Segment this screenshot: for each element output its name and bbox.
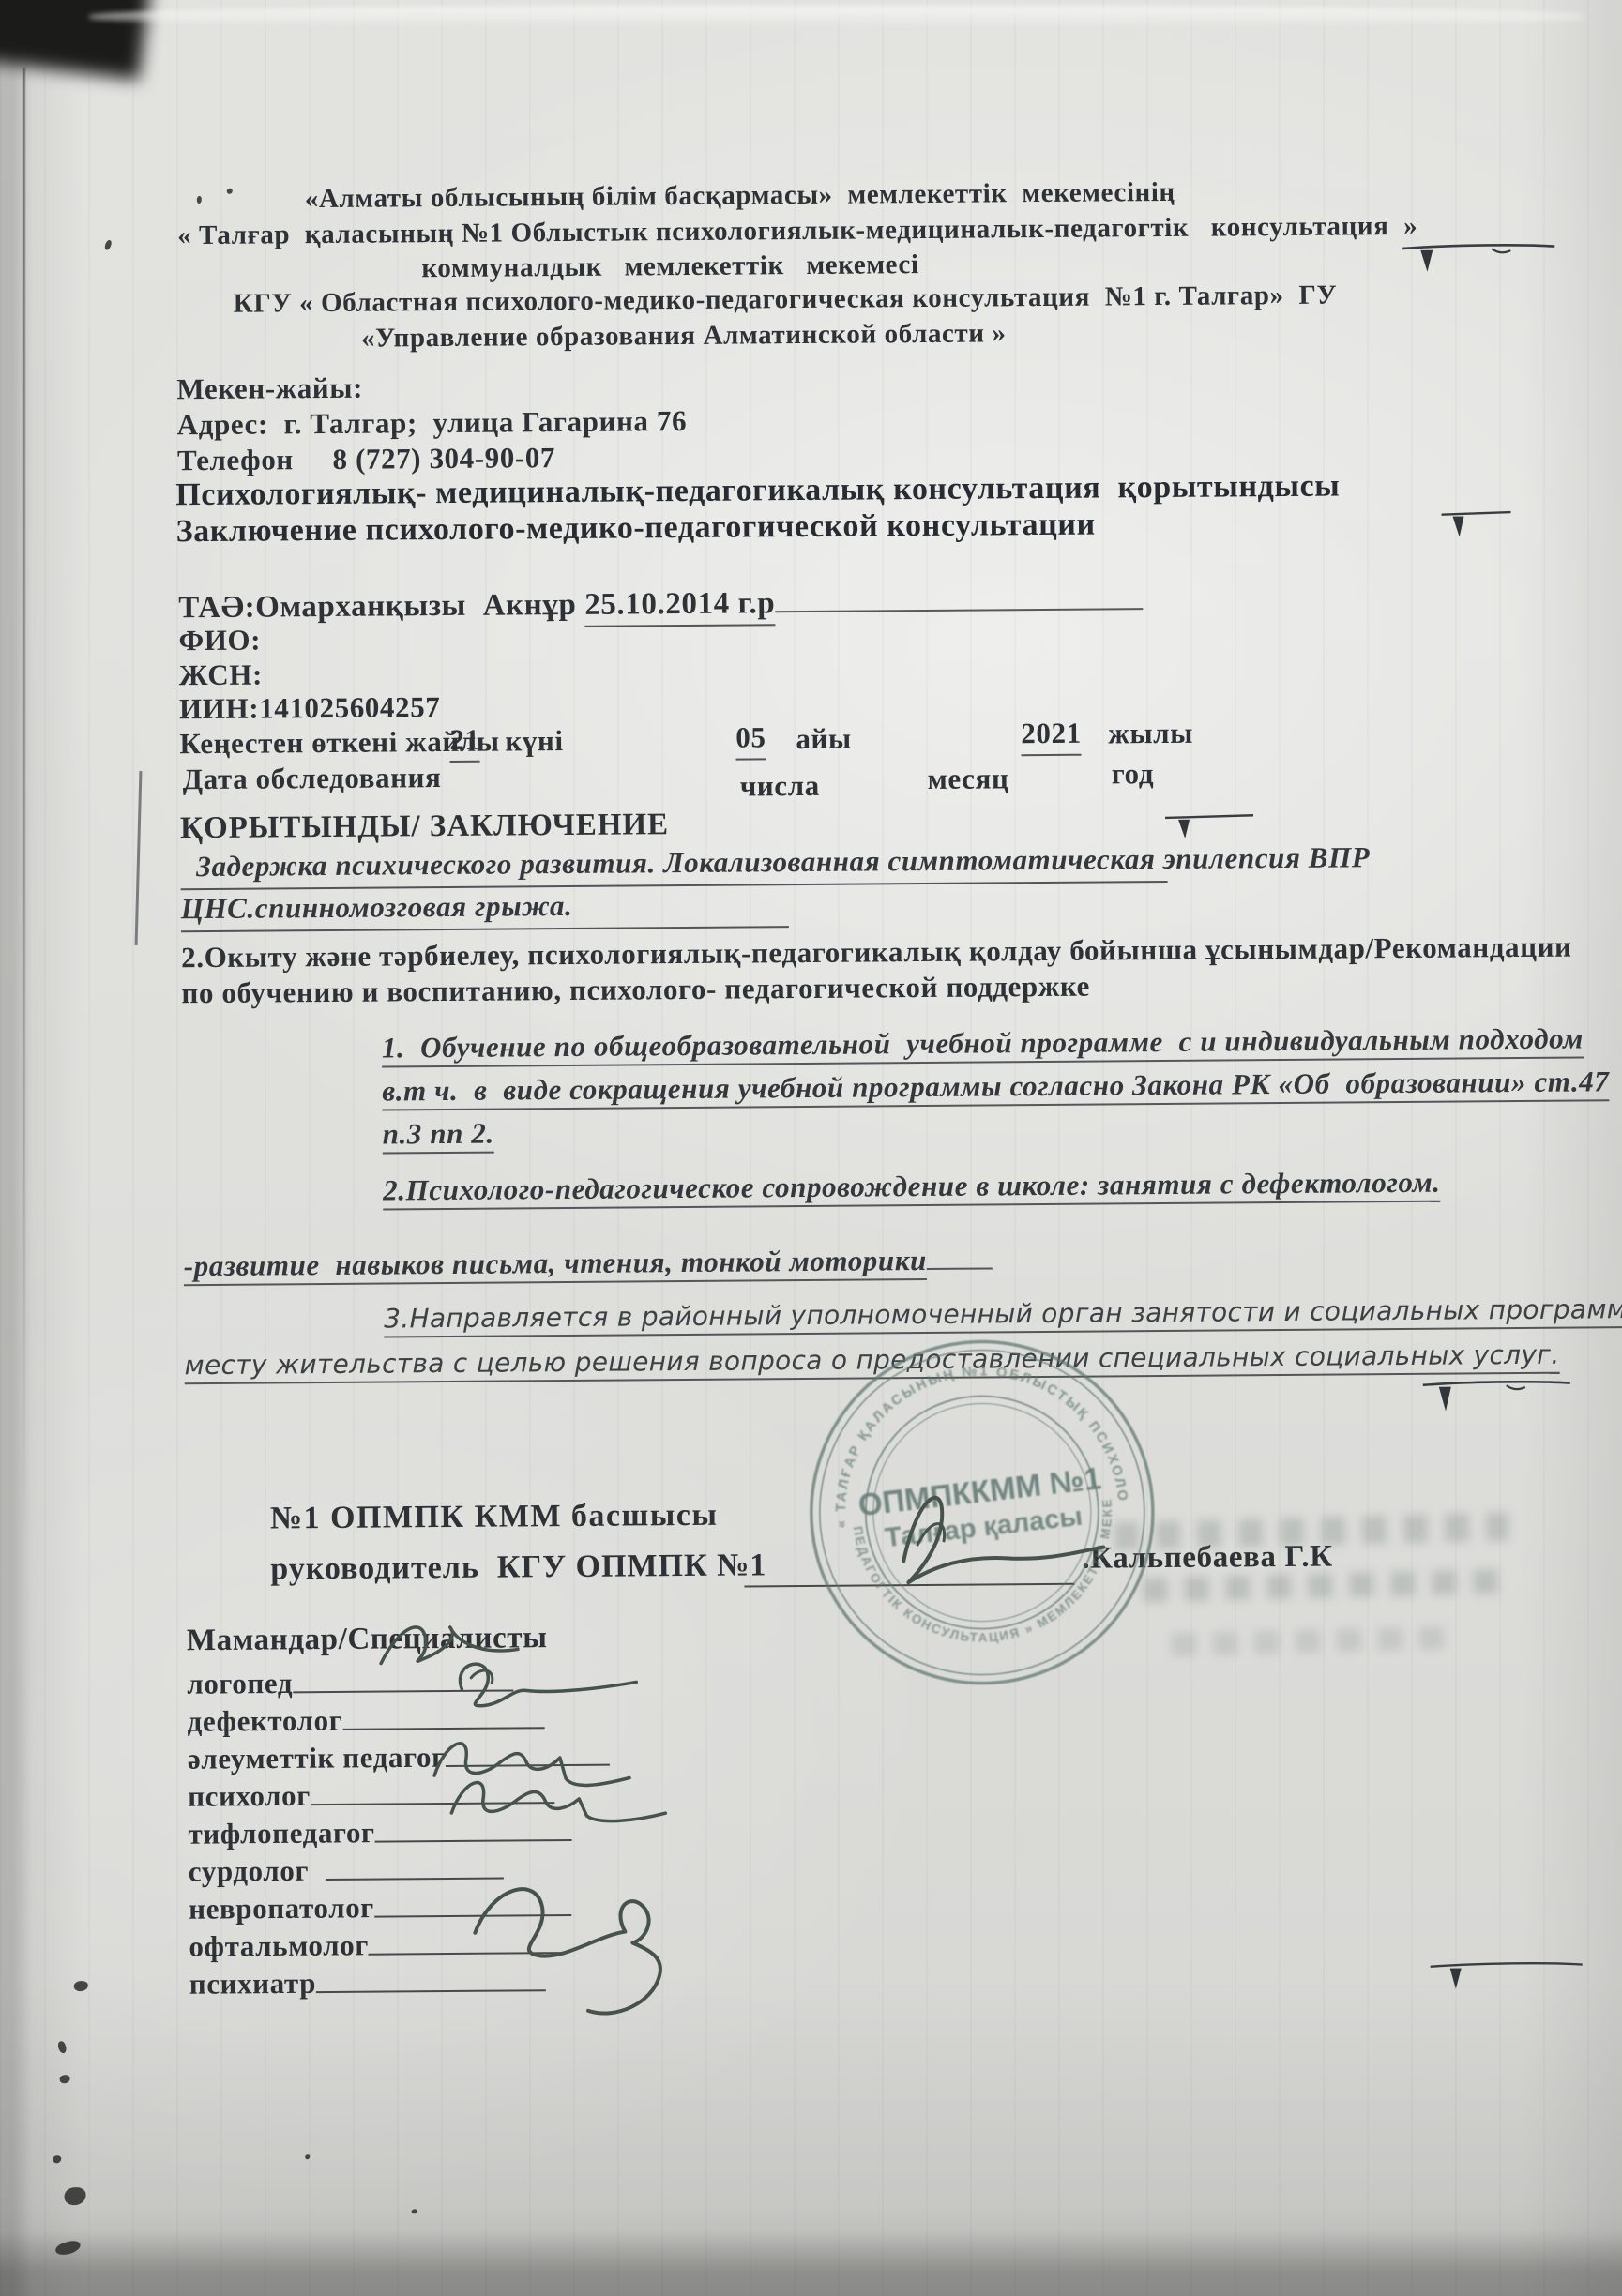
exam-month: 05 (735, 720, 766, 760)
header-line-5: «Управление образования Алматинской обла… (361, 318, 1007, 354)
ink-blob (74, 1981, 88, 1991)
signature-oftalmolog (447, 1845, 749, 2035)
specialist-label: дефектолог (187, 1703, 342, 1737)
zhsn-label: ЖСН: (179, 658, 263, 693)
specialist-label: логопед (187, 1667, 293, 1700)
recommendations-heading-kz: 2.Окыту және тәрбиелеу, психологиялық-пе… (181, 930, 1572, 975)
address-label-kz: Мекен-жайы: (176, 371, 363, 407)
ink-blob (56, 2040, 68, 2054)
head-title-ru: руководитель КГУ ОПМПК №1 (270, 1548, 766, 1587)
specialist-label: әлеуметтік педагог (188, 1741, 446, 1775)
gap (309, 1851, 326, 1881)
phone-line: Телефон 8 (727) 304-90-07 (177, 441, 555, 477)
recommendation-1-line-2: в.т ч. в виде сокращения учебной програм… (382, 1065, 1609, 1108)
exam-month-ru: месяц (928, 762, 1009, 796)
ink-blob (53, 2155, 61, 2163)
conclusion-heading: ҚОРЫТЫНДЫ/ ЗАКЛЮЧЕНИЕ (180, 808, 669, 846)
exam-day: 21 (449, 723, 480, 763)
fio-label: ФИО: (178, 624, 261, 658)
bleed-through-smudge (1172, 1626, 1454, 1656)
specialist-label: невропатолог (189, 1891, 374, 1926)
doc-title-ru: Заключение психолого-медико-педагогическ… (175, 507, 1095, 551)
check-mark (1420, 1375, 1575, 1413)
specialist-label: офтальмолог (189, 1928, 369, 1963)
recommendation-1-line-1: 1. Обучение по общеобразовательной учебн… (382, 1021, 1584, 1065)
birth-date: 25.10.2014 г.р (584, 586, 775, 627)
specialist-label: психолог (188, 1779, 311, 1813)
exam-year-ru: год (1112, 757, 1155, 791)
ink-blob (54, 2239, 82, 2257)
check-mark (1400, 240, 1557, 275)
header-line-4: КГУ « Областная психолого-медико-педагог… (234, 280, 1338, 320)
ink-speck (227, 189, 233, 194)
ink-speck (412, 2209, 417, 2213)
ink-blob (60, 2075, 70, 2083)
head-title-kz: №1 ОПМПК КММ басшысы (270, 1498, 719, 1537)
ink-speck (305, 2154, 310, 2159)
header-line-1: «Алматы облысының білім басқармасы» мемл… (305, 177, 1175, 215)
patient-name-line: ТАӘ:Омарханқызы Акнұр 25.10.2014 г.р (178, 577, 1143, 626)
exam-month-label: айы (796, 722, 852, 756)
diagnosis-line-2: ЦНС.спинномозговая грыжа. (181, 887, 789, 932)
check-mark (1439, 508, 1514, 541)
recommendation-1-line-3: п.3 пп 2. (383, 1117, 494, 1152)
exam-day-ru: числа (740, 769, 820, 804)
bleed-through-smudge (1114, 1512, 1509, 1550)
director-signature-scribble (851, 1460, 1133, 1608)
exam-year-label: жылы (1108, 717, 1193, 751)
recommendation-2-note: -развитие навыков письма, чтения, тонкой… (184, 1238, 993, 1283)
recommendation-2: 2.Психолого-педагогическое сопровождение… (383, 1166, 1441, 1208)
header-line-3: коммуналдык мемлекеттік мекемесі (421, 249, 918, 284)
specialist-label: тифлопедагог (188, 1816, 374, 1850)
exam-year: 2021 (1021, 717, 1082, 757)
diagnosis-line-1: Задержка психического развития. Локализо… (180, 842, 1167, 890)
iin-line: ИИН:141025604257 (179, 690, 441, 726)
note-underline-ext (927, 1238, 993, 1270)
recommendations-heading-ru: по обучению и воспитанию, психолого- пед… (181, 970, 1090, 1011)
exam-day-label: күні (505, 724, 564, 758)
header-line-2: « Талғар қаласының №1 Облыстык психологи… (177, 211, 1417, 251)
scanned-document-photo: «Алматы облысының білім басқармасы» мемл… (0, 0, 1622, 2296)
signature-defektolog (415, 1650, 650, 1719)
specialist-label: психиатр (189, 1967, 316, 2001)
specialist-label: сурдолог (189, 1854, 310, 1888)
check-mark (1163, 810, 1257, 841)
patient-name: ТАӘ:Омарханқызы Акнұр (178, 588, 584, 625)
address-line: Адрес: г. Талгар; улица Гагарина 76 (177, 404, 688, 442)
name-underline-ext (775, 577, 1143, 612)
exam-ru-label: Дата обследования (183, 761, 442, 796)
check-mark (1428, 1958, 1585, 1993)
ink-blob (64, 2187, 85, 2205)
ink-speck (197, 196, 202, 204)
signature-tiflopedagog (429, 1759, 711, 1830)
ink-speck (104, 239, 113, 250)
page-content: «Алматы облысының білім басқармасы» мемл… (0, 0, 1622, 2296)
